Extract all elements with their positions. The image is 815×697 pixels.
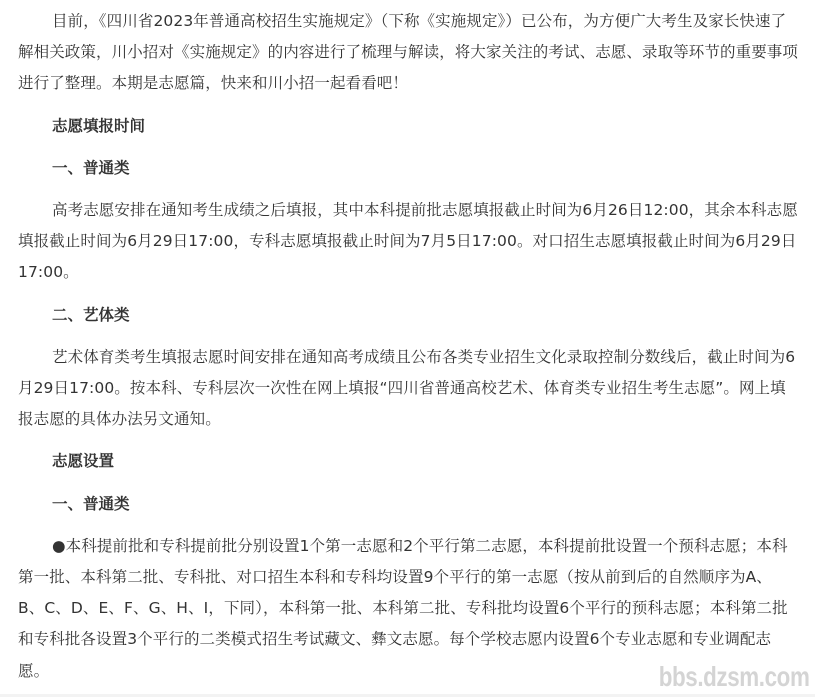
paragraph-general-time: 高考志愿安排在通知考生成绩之后填报，其中本科提前批志愿填报截止时间为6月26日1… [18,195,798,289]
subsection-heading-general-settings: 一、普通类 [18,489,798,520]
intro-paragraph: 目前，《四川省2023年普通高校招生实施规定》（下称《实施规定》）已公布，为方便… [18,6,798,100]
section-heading-fill-time: 志愿填报时间 [18,111,798,142]
section-heading-settings: 志愿设置 [18,446,798,477]
subsection-heading-art-sports: 二、艺体类 [18,300,798,331]
watermark: bbs.dzsm.com [658,661,809,693]
paragraph-art-sports-time: 艺术体育类考生填报志愿时间安排在通知高考成绩且公布各类专业招生文化录取控制分数线… [18,342,798,436]
article-body: 目前，《四川省2023年普通高校招生实施规定》（下称《实施规定》）已公布，为方便… [18,6,798,687]
subsection-heading-general: 一、普通类 [18,153,798,184]
